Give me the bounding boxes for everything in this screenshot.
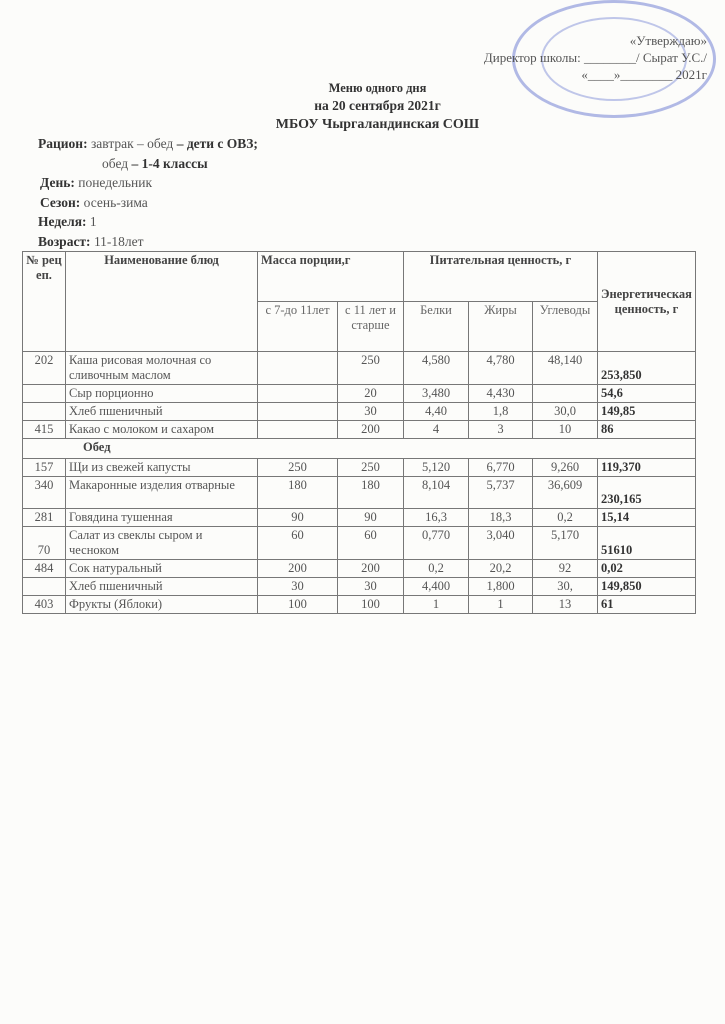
table-row: 70Салат из свеклы сыром и чесноком60600,…	[23, 527, 696, 560]
header-dish-name: Наименование блюд	[66, 252, 258, 352]
proteins-cell: 4,400	[404, 578, 469, 596]
mass-7-11-cell: 180	[258, 477, 338, 509]
energy-cell: 230,165	[598, 477, 696, 509]
dish-name-cell: Щи из свежей капусты	[66, 459, 258, 477]
dish-name-cell: Говядина тушенная	[66, 509, 258, 527]
energy-cell: 86	[598, 421, 696, 439]
energy-cell: 253,850	[598, 352, 696, 385]
header-age-7-11: с 7-до 11лет	[258, 302, 338, 352]
season-row: Сезон: осень-зима	[38, 193, 258, 213]
mass-11-plus-cell: 90	[338, 509, 404, 527]
carbs-cell: 10	[533, 421, 598, 439]
mass-11-plus-cell: 250	[338, 352, 404, 385]
day-value: понедельник	[75, 175, 152, 190]
energy-cell: 149,85	[598, 403, 696, 421]
table-row: 340Макаронные изделия отварные1801808,10…	[23, 477, 696, 509]
recipe-number-cell: 281	[23, 509, 66, 527]
energy-cell: 54,6	[598, 385, 696, 403]
header-age-11-plus: с 11 лет и старше	[338, 302, 404, 352]
ration-value: завтрак – обед	[88, 136, 174, 151]
lunch-section: Обед	[23, 439, 696, 459]
week-row: Неделя: 1	[38, 212, 258, 232]
age-value: 11-18лет	[91, 234, 144, 249]
header-portion-mass: Масса порции,г	[258, 252, 404, 302]
header-energy: Энергетическая ценность, г	[598, 252, 696, 352]
approval-director: Директор школы: ________/ Сырат У.С./	[484, 49, 707, 66]
proteins-cell: 0,770	[404, 527, 469, 560]
header-recipe-no: № рец еп.	[23, 252, 66, 352]
mass-7-11-cell: 250	[258, 459, 338, 477]
energy-cell: 61	[598, 596, 696, 614]
mass-7-11-cell: 90	[258, 509, 338, 527]
recipe-number-cell: 415	[23, 421, 66, 439]
carbs-cell: 36,609	[533, 477, 598, 509]
carbs-cell: 30,0	[533, 403, 598, 421]
mass-7-11-cell: 60	[258, 527, 338, 560]
mass-7-11-cell	[258, 421, 338, 439]
day-row: День: понедельник	[38, 173, 258, 193]
mass-7-11-cell: 100	[258, 596, 338, 614]
energy-cell: 15,14	[598, 509, 696, 527]
title-line-2: на 20 сентября 2021г	[30, 97, 725, 115]
dish-name-cell: Макаронные изделия отварные	[66, 477, 258, 509]
proteins-cell: 1	[404, 596, 469, 614]
school-name: МБОУ Чыргаландинская СОШ	[30, 115, 725, 134]
table-row: 202Каша рисовая молочная со сливочным ма…	[23, 352, 696, 385]
recipe-number-cell: 403	[23, 596, 66, 614]
dish-name-cell: Хлеб пшеничный	[66, 403, 258, 421]
mass-11-plus-cell: 30	[338, 403, 404, 421]
dish-name-cell: Сыр порционно	[66, 385, 258, 403]
approval-heading: «Утверждаю»	[484, 32, 707, 49]
fats-cell: 5,737	[469, 477, 533, 509]
table-row: 281Говядина тушенная909016,318,30,215,14	[23, 509, 696, 527]
table-row: Сыр порционно203,4804,43054,6	[23, 385, 696, 403]
approval-block: «Утверждаю» Директор школы: ________/ Сы…	[484, 32, 707, 83]
table-row: 415Какао с молоком и сахаром200431086	[23, 421, 696, 439]
dish-name-cell: Хлеб пшеничный	[66, 578, 258, 596]
proteins-cell: 4	[404, 421, 469, 439]
carbs-cell: 0,2	[533, 509, 598, 527]
fats-cell: 3,040	[469, 527, 533, 560]
menu-meta: Рацион: завтрак – обед – дети с ОВЗ; обе…	[38, 134, 258, 251]
lunch-rows: 157Щи из свежей капусты2502505,1206,7709…	[23, 459, 696, 614]
dish-name-cell: Каша рисовая молочная со сливочным масло…	[66, 352, 258, 385]
season-label: Сезон:	[40, 195, 80, 210]
mass-11-plus-cell: 100	[338, 596, 404, 614]
dish-name-cell: Фрукты (Яблоки)	[66, 596, 258, 614]
proteins-cell: 5,120	[404, 459, 469, 477]
mass-11-plus-cell: 180	[338, 477, 404, 509]
carbs-cell: 9,260	[533, 459, 598, 477]
energy-cell: 51610	[598, 527, 696, 560]
mass-7-11-cell	[258, 352, 338, 385]
header-proteins: Белки	[404, 302, 469, 352]
ration-row: Рацион: завтрак – обед – дети с ОВЗ;	[38, 134, 258, 154]
header-carbs: Углеводы	[533, 302, 598, 352]
breakfast-rows: 202Каша рисовая молочная со сливочным ма…	[23, 352, 696, 439]
header-nutrition: Питательная ценность, г	[404, 252, 598, 302]
recipe-number-cell	[23, 385, 66, 403]
proteins-cell: 3,480	[404, 385, 469, 403]
carbs-cell: 13	[533, 596, 598, 614]
age-row: Возраст: 11-18лет	[38, 232, 258, 252]
carbs-cell: 5,170	[533, 527, 598, 560]
age-label: Возраст:	[38, 234, 91, 249]
mass-11-plus-cell: 60	[338, 527, 404, 560]
mass-7-11-cell: 200	[258, 560, 338, 578]
carbs-cell: 48,140	[533, 352, 598, 385]
day-label: День:	[40, 175, 75, 190]
week-value: 1	[87, 214, 97, 229]
table-row: 157Щи из свежей капусты2502505,1206,7709…	[23, 459, 696, 477]
table-row: 484Сок натуральный2002000,220,2920,02	[23, 560, 696, 578]
fats-cell: 4,780	[469, 352, 533, 385]
lunch-section-label: Обед	[23, 439, 696, 459]
mass-11-plus-cell: 250	[338, 459, 404, 477]
ration-line2-value: обед	[102, 156, 128, 171]
header-fats: Жиры	[469, 302, 533, 352]
fats-cell: 4,430	[469, 385, 533, 403]
recipe-number-cell: 484	[23, 560, 66, 578]
carbs-cell	[533, 385, 598, 403]
document-title: Меню одного дня на 20 сентября 2021г МБО…	[0, 79, 725, 134]
mass-7-11-cell	[258, 403, 338, 421]
energy-cell: 0,02	[598, 560, 696, 578]
proteins-cell: 8,104	[404, 477, 469, 509]
energy-cell: 119,370	[598, 459, 696, 477]
dish-name-cell: Сок натуральный	[66, 560, 258, 578]
proteins-cell: 0,2	[404, 560, 469, 578]
carbs-cell: 30,	[533, 578, 598, 596]
fats-cell: 3	[469, 421, 533, 439]
menu-table: № рец еп. Наименование блюд Масса порции…	[22, 251, 696, 614]
fats-cell: 1	[469, 596, 533, 614]
recipe-number-cell: 70	[23, 527, 66, 560]
carbs-cell: 92	[533, 560, 598, 578]
fats-cell: 20,2	[469, 560, 533, 578]
fats-cell: 6,770	[469, 459, 533, 477]
recipe-number-cell	[23, 403, 66, 421]
proteins-cell: 4,580	[404, 352, 469, 385]
ration-row-2: обед – 1-4 классы	[38, 154, 258, 174]
table-row: 403Фрукты (Яблоки)100100111361	[23, 596, 696, 614]
ration-value-bold: – дети с ОВЗ;	[173, 136, 258, 151]
fats-cell: 1,800	[469, 578, 533, 596]
energy-cell: 149,850	[598, 578, 696, 596]
recipe-number-cell: 202	[23, 352, 66, 385]
mass-11-plus-cell: 20	[338, 385, 404, 403]
dish-name-cell: Салат из свеклы сыром и чесноком	[66, 527, 258, 560]
mass-7-11-cell	[258, 385, 338, 403]
table-row: Хлеб пшеничный304,401,830,0149,85	[23, 403, 696, 421]
season-value: осень-зима	[80, 195, 148, 210]
mass-7-11-cell: 30	[258, 578, 338, 596]
mass-11-plus-cell: 200	[338, 421, 404, 439]
recipe-number-cell: 340	[23, 477, 66, 509]
week-label: Неделя:	[38, 214, 87, 229]
recipe-number-cell: 157	[23, 459, 66, 477]
ration-label: Рацион:	[38, 136, 88, 151]
recipe-number-cell	[23, 578, 66, 596]
proteins-cell: 4,40	[404, 403, 469, 421]
mass-11-plus-cell: 200	[338, 560, 404, 578]
table-row: Хлеб пшеничный30304,4001,80030,149,850	[23, 578, 696, 596]
fats-cell: 1,8	[469, 403, 533, 421]
fats-cell: 18,3	[469, 509, 533, 527]
ration-line2-bold: – 1-4 классы	[128, 156, 208, 171]
dish-name-cell: Какао с молоком и сахаром	[66, 421, 258, 439]
proteins-cell: 16,3	[404, 509, 469, 527]
mass-11-plus-cell: 30	[338, 578, 404, 596]
title-line-1: Меню одного дня	[30, 79, 725, 97]
